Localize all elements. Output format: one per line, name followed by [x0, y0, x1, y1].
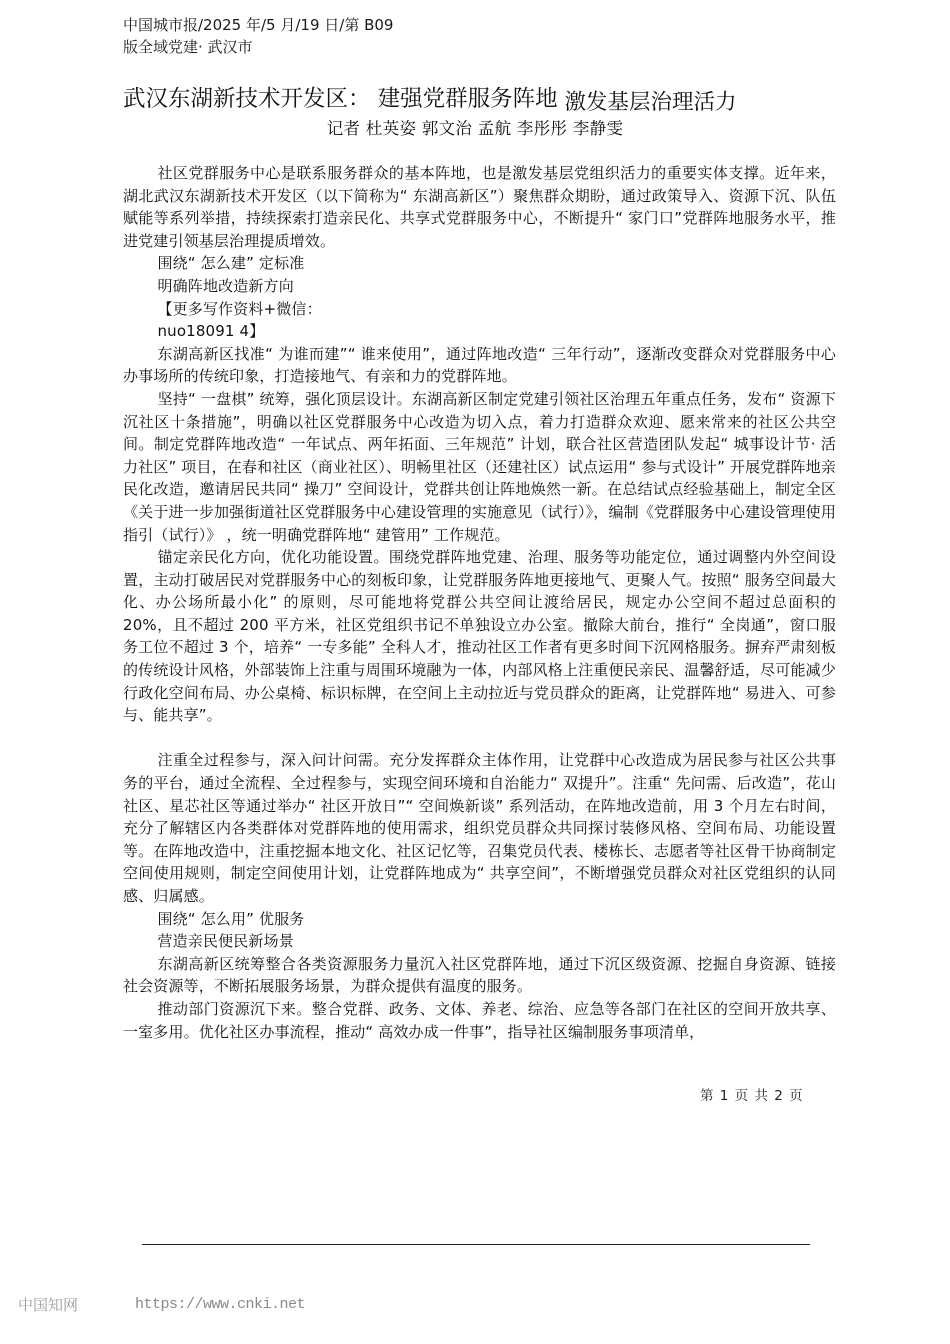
section-heading-2b: 营造亲民便民新场景: [123, 930, 836, 953]
paragraph: 坚持“ 一盘棋” 统筹，强化顶层设计。东湖高新区制定党建引领社区治理五年重点任务…: [123, 388, 836, 546]
paragraph-intro: 社区党群服务中心是联系服务群众的基本阵地，也是激发基层党组织活力的重要实体支撑。…: [123, 162, 836, 252]
paragraph: 东湖高新区找准“ 为谁而建”“ 谁来使用”，通过阵地改造“ 三年行动”，逐渐改变…: [123, 343, 836, 388]
publication-meta: 中国城市报/2025 年/5 月/19 日/第 B09 版全域党建· 武汉市: [123, 14, 393, 58]
promo-line-2: nuo18091 4】: [123, 320, 836, 343]
paragraph: 注重全过程参与，深入问计问需。充分发挥群众主体作用，让党群中心改造成为居民参与社…: [123, 749, 836, 907]
source-line: 中国城市报/2025 年/5 月/19 日/第 B09: [123, 14, 393, 36]
footer-divider: [142, 1244, 810, 1245]
section-heading-1a: 围绕“ 怎么建” 定标准: [123, 252, 836, 275]
paragraph: 推动部门资源沉下来。整合党群、政务、文体、养老、综治、应急等各部门在社区的空间开…: [123, 998, 836, 1043]
promo-line-1: 【更多写作资料+微信：: [123, 298, 836, 321]
article-byline: 记者 杜英姿 郭文治 孟航 李彤彤 李静雯: [0, 117, 950, 141]
article-title: 武汉东湖新技术开发区： 建强党群服务阵地 激发基层治理活力: [123, 84, 843, 115]
article-title-part3: 激发基层治理活力: [558, 90, 737, 115]
paragraph: 锚定亲民化方向，优化功能设置。围绕党群阵地党建、治理、服务等功能定位，通过调整内…: [123, 546, 836, 727]
section-heading-2a: 围绕“ 怎么用” 优服务: [123, 908, 836, 931]
section-heading-1b: 明确阵地改造新方向: [123, 275, 836, 298]
article-title-part2: 建强党群服务阵地: [371, 86, 558, 112]
article-body: 社区党群服务中心是联系服务群众的基本阵地，也是激发基层党组织活力的重要实体支撑。…: [123, 162, 836, 1043]
cnki-logo-text: 中国知网: [18, 1294, 78, 1316]
cnki-url[interactable]: https://www.cnki.net: [135, 1294, 305, 1316]
page-indicator: 第 1 页 共 2 页: [700, 1086, 820, 1106]
paragraph: 东湖高新区统筹整合各类资源服务力量沉入社区党群阵地，通过下沉区级资源、挖掘自身资…: [123, 953, 836, 998]
article-title-part1: 武汉东湖新技术开发区：: [123, 86, 371, 112]
section-line: 版全域党建· 武汉市: [123, 36, 393, 58]
